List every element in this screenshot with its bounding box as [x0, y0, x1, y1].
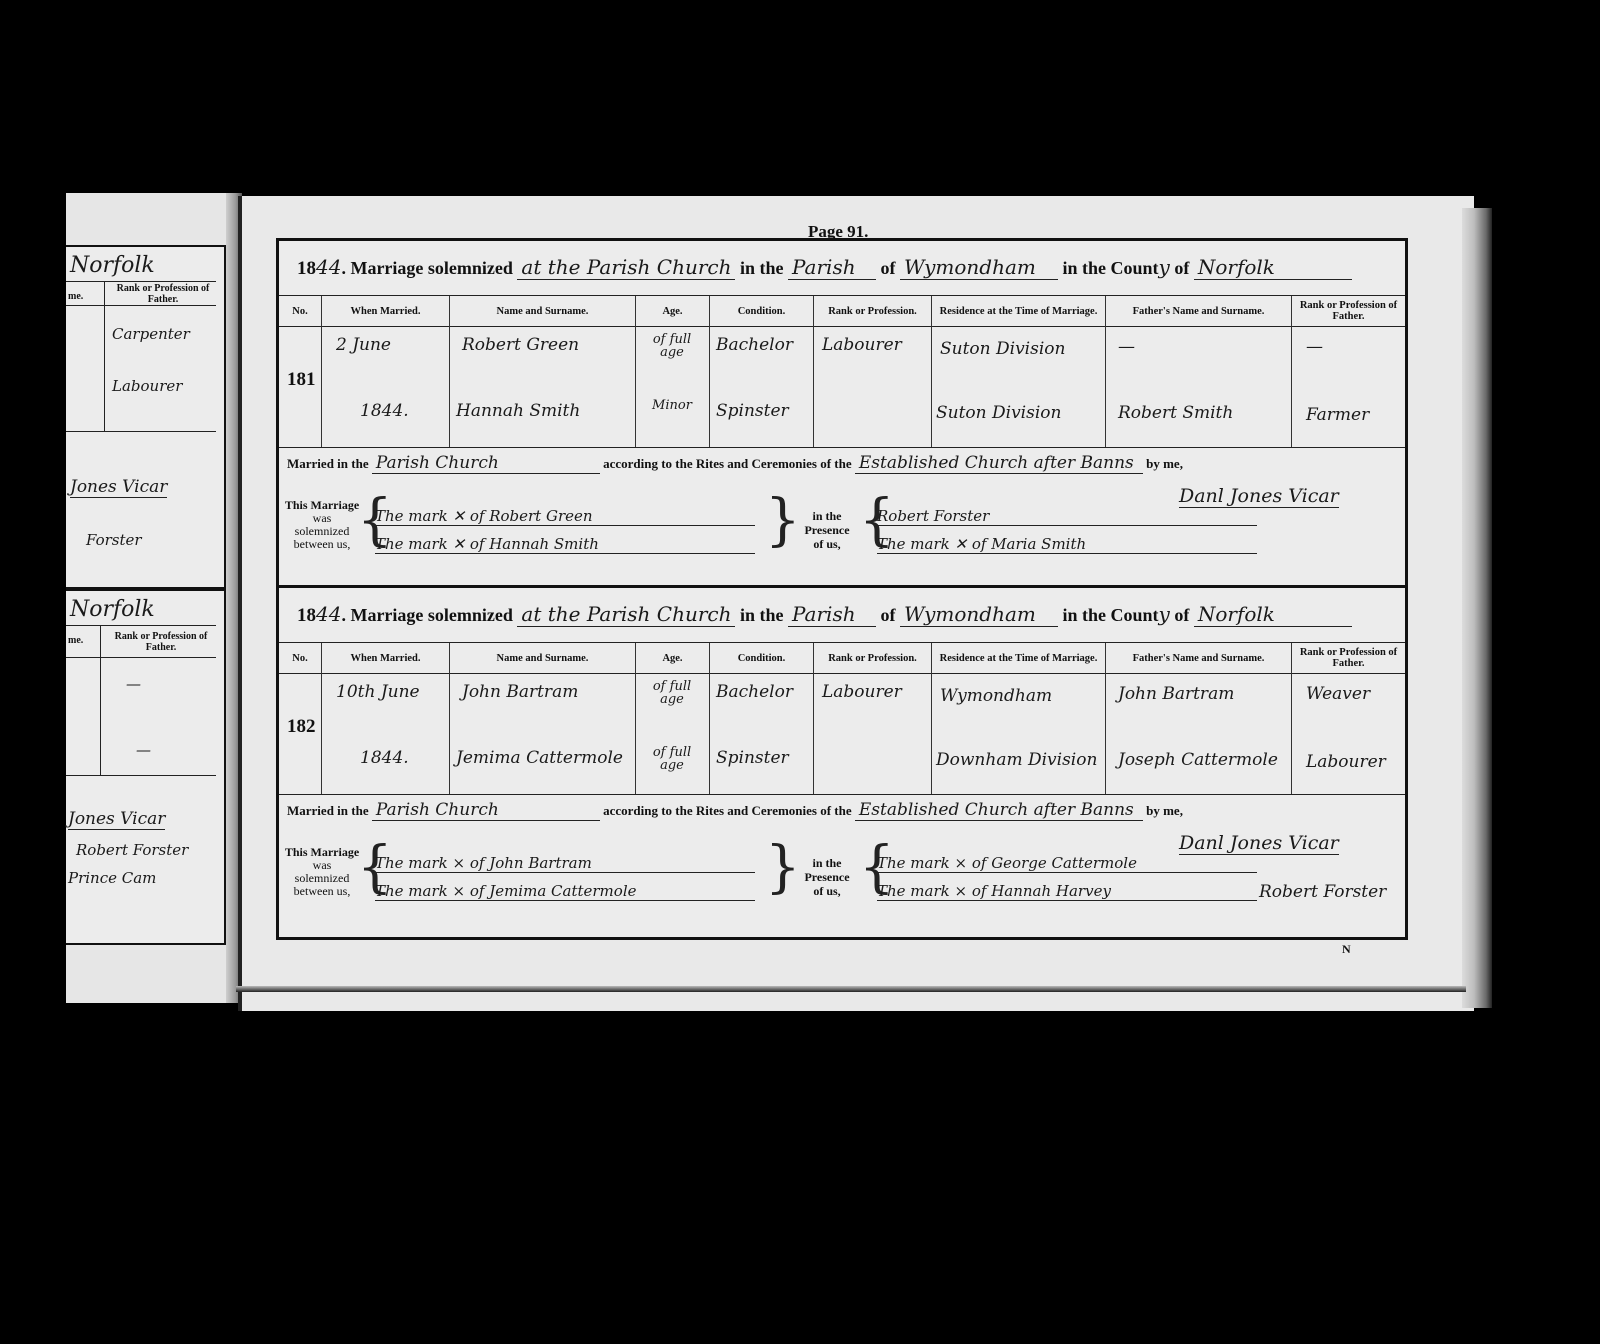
groom-residence: Suton Division	[940, 339, 1065, 359]
cell-residence: Suton Division Suton Division	[931, 325, 1105, 447]
col-header-no: No.	[279, 643, 321, 673]
col-header-age: Age.	[635, 296, 709, 326]
solemnized-label: This Marriage was solemnized between us,	[283, 846, 361, 898]
page-edge	[1462, 208, 1492, 1008]
witness-signature-2: The mark × of Hannah Harvey	[877, 882, 1257, 901]
groom-residence: Wymondham	[940, 686, 1052, 706]
left-father-rank-2: —	[136, 741, 151, 759]
entry-number: 182	[287, 716, 316, 738]
divider	[66, 625, 216, 626]
col-header-father-rank: Rank or Profession of Father.	[1291, 643, 1405, 673]
groom-rank: Labourer	[822, 682, 902, 702]
left-col-name-fragment: me.	[68, 635, 83, 646]
by-me-label: by me,	[1146, 803, 1183, 818]
col-header-rank: Rank or Profession.	[813, 296, 931, 326]
cell-father: — Robert Smith	[1105, 325, 1291, 447]
left-county-top: Norfolk	[70, 253, 155, 278]
year-prefix: 18	[297, 605, 316, 627]
county-label: in the Count	[1063, 605, 1159, 626]
cell-father-rank: — Farmer	[1291, 325, 1405, 447]
column-header-row: No. When Married. Name and Surname. Age.…	[279, 295, 1405, 327]
bride-father-rank: Farmer	[1306, 405, 1369, 425]
col-header-name: Name and Surname.	[449, 643, 635, 673]
left-father-rank-1: —	[126, 675, 141, 693]
presence-label: in the Presence of us,	[797, 856, 857, 898]
right-brace: }	[765, 840, 801, 896]
cell-rank: Labourer	[813, 325, 931, 447]
col-header-when-married: When Married.	[321, 643, 449, 673]
divider	[104, 281, 105, 431]
entry-title-line: 1844. Marriage solemnized at the Parish …	[297, 255, 1352, 280]
label-line: between us,	[283, 885, 361, 898]
col-header-residence: Residence at the Time of Marriage.	[931, 643, 1105, 673]
cell-residence: Wymondham Downham Division	[931, 672, 1105, 794]
party-signature-1: The mark ✕ of Robert Green	[375, 507, 755, 526]
year-suffix: 44	[316, 602, 341, 626]
married-in-line: Married in the Parish Church according t…	[287, 800, 1183, 821]
left-officiant-fragment: Jones Vicar	[70, 477, 167, 498]
married-in-line: Married in the Parish Church according t…	[287, 453, 1183, 474]
year-prefix: 18	[297, 258, 316, 280]
marriage-solemnized-label: Marriage solemnized	[350, 258, 512, 279]
of-label: of	[1174, 605, 1189, 626]
presence-label: in the Presence of us,	[797, 509, 857, 551]
groom-father-rank: Weaver	[1306, 684, 1370, 704]
label-line: in the	[797, 509, 857, 523]
county-label: in the Count	[1063, 258, 1159, 279]
groom-rank: Labourer	[822, 335, 902, 355]
solemnized-label: This Marriage was solemnized between us,	[283, 499, 361, 551]
cell-ages: of full age Minor	[635, 325, 709, 447]
left-officiant-fragment: Jones Vicar	[68, 809, 165, 830]
according-label: according to the Rites and Ceremonies of…	[603, 456, 852, 471]
groom-condition: Bachelor	[716, 335, 793, 355]
party-signature-2: The mark × of Jemima Cattermole	[375, 882, 755, 901]
officiant-signature: Danl Jones Vicar	[1179, 832, 1339, 855]
county-value: Norfolk	[1194, 255, 1352, 280]
witness-signature-1: The mark × of George Cattermole	[877, 854, 1257, 873]
right-brace: }	[765, 493, 801, 549]
by-me-label: by me,	[1146, 456, 1183, 471]
place-value: at the Parish Church	[517, 602, 735, 627]
officiant-signature: Danl Jones Vicar	[1179, 485, 1339, 508]
groom-father: —	[1118, 337, 1135, 357]
district-value: Parish	[788, 255, 876, 280]
col-header-condition: Condition.	[709, 643, 813, 673]
page-bottom-edge	[236, 986, 1466, 992]
col-header-rank: Rank or Profession.	[813, 643, 931, 673]
bride-father-rank: Labourer	[1306, 752, 1386, 772]
col-header-residence: Residence at the Time of Marriage.	[931, 296, 1105, 326]
col-header-father-rank: Rank or Profession of Father.	[1291, 296, 1405, 326]
parish-value: Wymondham	[900, 602, 1058, 627]
bride-name: Hannah Smith	[456, 401, 580, 421]
date-value: 10th June	[336, 682, 420, 702]
col-header-father: Father's Name and Surname.	[1105, 643, 1291, 673]
groom-name: Robert Green	[462, 335, 579, 355]
label-line: Presence	[797, 523, 857, 537]
year-value: 1844.	[360, 748, 409, 768]
entry-body-row: 182 10th June 1844. John Bartram Jemima …	[279, 672, 1405, 795]
col-header-father: Father's Name and Surname.	[1105, 296, 1291, 326]
married-in-label: Married in the	[287, 803, 369, 818]
left-page-fragment: Norfolk me. Rank or Profession of Father…	[66, 193, 242, 1003]
label-line: Presence	[797, 870, 857, 884]
bride-age: Minor	[640, 399, 704, 412]
entry-title-line: 1844. Marriage solemnized at the Parish …	[297, 602, 1352, 627]
left-col-name-fragment: me.	[68, 291, 83, 302]
divider	[66, 305, 216, 306]
groom-name: John Bartram	[462, 682, 578, 702]
groom-father-rank: —	[1306, 337, 1323, 357]
district-value: Parish	[788, 602, 876, 627]
in-the-label: in the	[740, 605, 784, 626]
party-signature-1: The mark × of John Bartram	[375, 854, 755, 873]
parish-value: Wymondham	[900, 255, 1058, 280]
party-signature-2: The mark ✕ of Hannah Smith	[375, 535, 755, 554]
of-label: of	[881, 258, 896, 279]
left-col-rank-header: Rank or Profession of Father.	[108, 283, 218, 305]
bride-condition: Spinster	[716, 401, 789, 421]
marriage-entry: 1844. Marriage solemnized at the Parish …	[276, 586, 1408, 940]
left-father-rank-2: Labourer	[112, 377, 182, 395]
divider	[66, 281, 216, 282]
groom-age: of full age	[640, 333, 704, 359]
county-suffix: y	[1159, 255, 1170, 279]
entry-body-row: 181 2 June 1844. Robert Green Hannah Smi…	[279, 325, 1405, 448]
married-in-label: Married in the	[287, 456, 369, 471]
cell-father-rank: Weaver Labourer	[1291, 672, 1405, 794]
col-header-condition: Condition.	[709, 296, 813, 326]
divider	[66, 775, 216, 776]
left-witness-fragment-2: Prince Cam	[68, 869, 156, 887]
left-entry-bottom: Norfolk me. Rank or Profession of Father…	[66, 589, 226, 945]
left-witness-fragment: Forster	[86, 531, 142, 549]
according-label: according to the Rites and Ceremonies of…	[603, 803, 852, 818]
col-header-age: Age.	[635, 643, 709, 673]
label-line: in the	[797, 856, 857, 870]
of-label: of	[1174, 258, 1189, 279]
label-line: between us,	[283, 538, 361, 551]
left-entry-top: Norfolk me. Rank or Profession of Father…	[66, 245, 226, 589]
label-line: of us,	[797, 884, 857, 898]
left-witness-fragment-1: Robert Forster	[76, 841, 188, 859]
col-header-no: No.	[279, 296, 321, 326]
groom-condition: Bachelor	[716, 682, 793, 702]
county-value: Norfolk	[1194, 602, 1352, 627]
col-header-name: Name and Surname.	[449, 296, 635, 326]
rites-value: Established Church after Banns	[855, 453, 1143, 474]
divider	[100, 625, 101, 775]
bride-age: of full age	[640, 746, 704, 772]
cell-father: John Bartram Joseph Cattermole	[1105, 672, 1291, 794]
bride-name: Jemima Cattermole	[456, 748, 623, 768]
bride-father: Joseph Cattermole	[1118, 750, 1278, 770]
left-col-rank-header: Rank or Profession of Father.	[104, 631, 218, 653]
witness-signature-2: The mark ✕ of Maria Smith	[877, 535, 1257, 554]
cell-names: John Bartram Jemima Cattermole	[449, 672, 635, 794]
year-suffix: 44	[316, 255, 341, 279]
col-header-when-married: When Married.	[321, 296, 449, 326]
witness-signature-1: Robert Forster	[877, 507, 1257, 526]
in-the-label: in the	[740, 258, 784, 279]
left-county-bottom: Norfolk	[70, 597, 155, 622]
cell-no: 181	[279, 325, 321, 447]
groom-father: John Bartram	[1118, 684, 1234, 704]
cell-when-married: 10th June 1844.	[321, 672, 449, 794]
bride-residence: Suton Division	[936, 403, 1061, 423]
groom-age: of full age	[640, 680, 704, 706]
marriage-entry: 1844. Marriage solemnized at the Parish …	[276, 238, 1408, 586]
year-value: 1844.	[360, 401, 409, 421]
cell-rank: Labourer	[813, 672, 931, 794]
rites-value: Established Church after Banns	[855, 800, 1143, 821]
date-value: 2 June	[336, 335, 391, 355]
place-value: at the Parish Church	[517, 255, 735, 280]
married-in-value: Parish Church	[372, 800, 600, 821]
corner-mark: N	[1342, 942, 1351, 957]
divider	[66, 657, 216, 658]
of-label: of	[881, 605, 896, 626]
cell-condition: Bachelor Spinster	[709, 325, 813, 447]
bride-father: Robert Smith	[1118, 403, 1233, 423]
cell-when-married: 2 June 1844.	[321, 325, 449, 447]
column-header-row: No. When Married. Name and Surname. Age.…	[279, 642, 1405, 674]
label-line: of us,	[797, 537, 857, 551]
cell-no: 182	[279, 672, 321, 794]
bride-condition: Spinster	[716, 748, 789, 768]
married-in-value: Parish Church	[372, 453, 600, 474]
county-suffix: y	[1159, 602, 1170, 626]
bride-residence: Downham Division	[936, 750, 1097, 770]
left-father-rank-1: Carpenter	[112, 325, 190, 343]
divider	[66, 431, 216, 432]
cell-names: Robert Green Hannah Smith	[449, 325, 635, 447]
entry-number: 181	[287, 369, 316, 391]
marriage-solemnized-label: Marriage solemnized	[350, 605, 512, 626]
cell-condition: Bachelor Spinster	[709, 672, 813, 794]
cell-ages: of full age of full age	[635, 672, 709, 794]
extra-witness-signature: Robert Forster	[1259, 882, 1386, 902]
